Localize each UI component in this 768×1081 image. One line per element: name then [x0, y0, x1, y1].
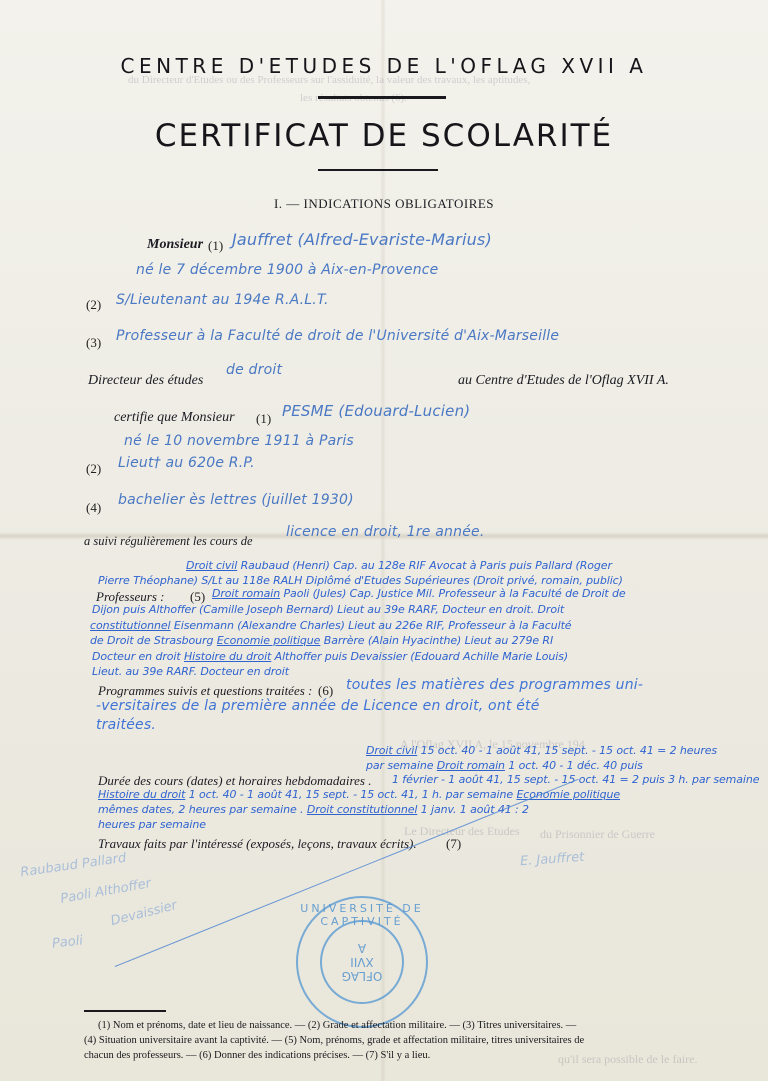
- professor-line: Docteur en droit Histoire du droit Altho…: [92, 650, 568, 663]
- director-name: Jauffret (Alfred-Evariste-Marius): [232, 230, 492, 249]
- footnote-line: chacun des professeurs. — (6) Donner des…: [84, 1048, 716, 1063]
- subject-droit-civil: Droit civil: [366, 744, 417, 757]
- programmes-text: traitées.: [96, 717, 156, 733]
- student-situation: bachelier ès lettres (juillet 1930): [118, 492, 354, 508]
- footnote-ref: (3): [86, 335, 101, 351]
- university-stamp: UNIVERSITÉ DE CAPTIVITÉ OFLAG XVII A: [296, 896, 428, 1028]
- stamp-text: XVII: [350, 955, 374, 969]
- duree-line: Droit civil 15 oct. 40 - 1 août 41, 15 s…: [366, 744, 717, 757]
- footnote-ref: (2): [86, 297, 101, 313]
- title-rule: [318, 169, 438, 171]
- footnote-line: (1) Nom et prénoms, date et lieu de nais…: [84, 1018, 716, 1033]
- professor-line: de Droit de Strasbourg Economie politiqu…: [90, 634, 553, 647]
- student-birth: né le 10 novembre 1911 à Paris: [124, 433, 354, 449]
- subject-histoire-du-droit: Histoire du droit: [184, 650, 271, 663]
- professor-line: Lieut. au 39e RARF. Docteur en droit: [92, 665, 289, 678]
- footnote-ref: (7): [446, 836, 461, 852]
- signature: Paoli: [51, 933, 83, 951]
- monsieur-label: Monsieur: [147, 237, 203, 253]
- duree-label: Durée des cours (dates) et horaires hebd…: [98, 773, 371, 789]
- stamp-center: OFLAG XVII A: [320, 920, 404, 1004]
- cours-value: licence en droit, 1re année.: [286, 524, 484, 540]
- director-rank: S/Lieutenant au 194e R.A.L.T.: [116, 292, 329, 308]
- duree-line: heures par semaine: [98, 818, 206, 831]
- cours-label: a suivi régulièrement les cours de: [84, 534, 253, 549]
- programmes-text: toutes les matières des programmes uni-: [346, 677, 643, 693]
- student-rank: Lieut† au 620e R.P.: [118, 455, 255, 471]
- certificate-title: CERTIFICAT DE SCOLARITÉ: [0, 118, 768, 154]
- subject-droit-romain: Droit romain: [212, 587, 280, 600]
- professor-line: Droit civil Raubaud (Henri) Cap. au 128e…: [186, 559, 612, 572]
- footnote-rule: [84, 1010, 166, 1012]
- professor-line: constitutionnel Eisenmann (Alexandre Cha…: [90, 619, 571, 632]
- director-title: Professeur à la Faculté de droit de l'Un…: [116, 328, 559, 344]
- directeur-suffix: au Centre d'Etudes de l'Oflag XVII A.: [458, 373, 669, 389]
- programmes-label: Programmes suivis et questions traitées …: [98, 683, 312, 699]
- travaux-label: Travaux faits par l'intéressé (exposés, …: [98, 836, 417, 852]
- footnotes: (1) Nom et prénoms, date et lieu de nais…: [84, 1018, 716, 1063]
- footnote-line: (4) Situation universitaire avant la cap…: [84, 1033, 716, 1048]
- directeur-subject: de droit: [226, 362, 282, 378]
- student-name: PESME (Edouard-Lucien): [282, 402, 470, 420]
- footnote-ref: (1): [256, 411, 271, 427]
- certifie-label: certifie que Monsieur: [114, 410, 235, 426]
- duree-text: par semaine: [366, 759, 437, 772]
- professor-text: de Droit de Strasbourg: [90, 634, 217, 647]
- director-birth: né le 7 décembre 1900 à Aix-en-Provence: [136, 262, 439, 278]
- section-heading: I. — INDICATIONS OBLIGATOIRES: [0, 196, 768, 212]
- heading-rule: [318, 96, 446, 99]
- professor-line: Pierre Théophane) S/Lt au 118e RALH Dipl…: [98, 574, 623, 587]
- subject-economie-politique: Economie politique: [516, 788, 620, 801]
- centre-heading: CENTRE D'ETUDES DE L'OFLAG XVII A: [0, 54, 768, 78]
- subject-droit-constitutionnel: constitutionnel: [90, 619, 171, 632]
- footnote-ref: (2): [86, 461, 101, 477]
- stamp-text: A: [358, 941, 366, 955]
- subject-economie-politique: Economie politique: [217, 634, 321, 647]
- subject-droit-civil: Droit civil: [186, 559, 237, 572]
- footnote-ref: (6): [318, 683, 333, 699]
- professor-line: Dijon puis Althoffer (Camille Joseph Ber…: [92, 603, 564, 616]
- programmes-text: -versitaires de la première année de Lic…: [96, 698, 540, 714]
- duree-text: 1 oct. 40 - 1 déc. 40 puis: [505, 759, 643, 772]
- duree-line: mêmes dates, 2 heures par semaine . Droi…: [98, 803, 529, 816]
- professor-text: Eisenmann (Alexandre Charles) Lieut au 2…: [171, 619, 572, 632]
- duree-text: mêmes dates, 2 heures par semaine .: [98, 803, 307, 816]
- duree-text: 1 oct. 40 - 1 août 41, 15 sept. - 15 oct…: [185, 788, 516, 801]
- duree-line: par semaine Droit romain 1 oct. 40 - 1 d…: [366, 759, 643, 772]
- professor-text: Barrère (Alain Hyacinthe) Lieut au 279e …: [320, 634, 553, 647]
- subject-droit-constitutionnel: Droit constitutionnel: [307, 803, 418, 816]
- professor-line: Droit romain Paoli (Jules) Cap. Justice …: [212, 587, 626, 600]
- stamp-text: OFLAG: [342, 969, 383, 983]
- professor-text: Paoli (Jules) Cap. Justice Mil. Professe…: [280, 587, 625, 600]
- footnote-ref: (1): [208, 238, 223, 254]
- directeur-label: Directeur des études: [88, 373, 203, 389]
- subject-droit-romain: Droit romain: [437, 759, 505, 772]
- professor-text: Althoffer puis Devaissier (Edouard Achil…: [271, 650, 568, 663]
- footnote-ref: (4): [86, 500, 101, 516]
- professor-text: Docteur en droit: [92, 650, 184, 663]
- subject-histoire-du-droit: Histoire du droit: [98, 788, 185, 801]
- duree-text: 15 oct. 40 - 1 août 41, 15 sept. - 15 oc…: [417, 744, 717, 757]
- professor-text: Raubaud (Henri) Cap. au 128e RIF Avocat …: [237, 559, 612, 572]
- ghost-text: du Prisonnier de Guerre: [540, 827, 655, 842]
